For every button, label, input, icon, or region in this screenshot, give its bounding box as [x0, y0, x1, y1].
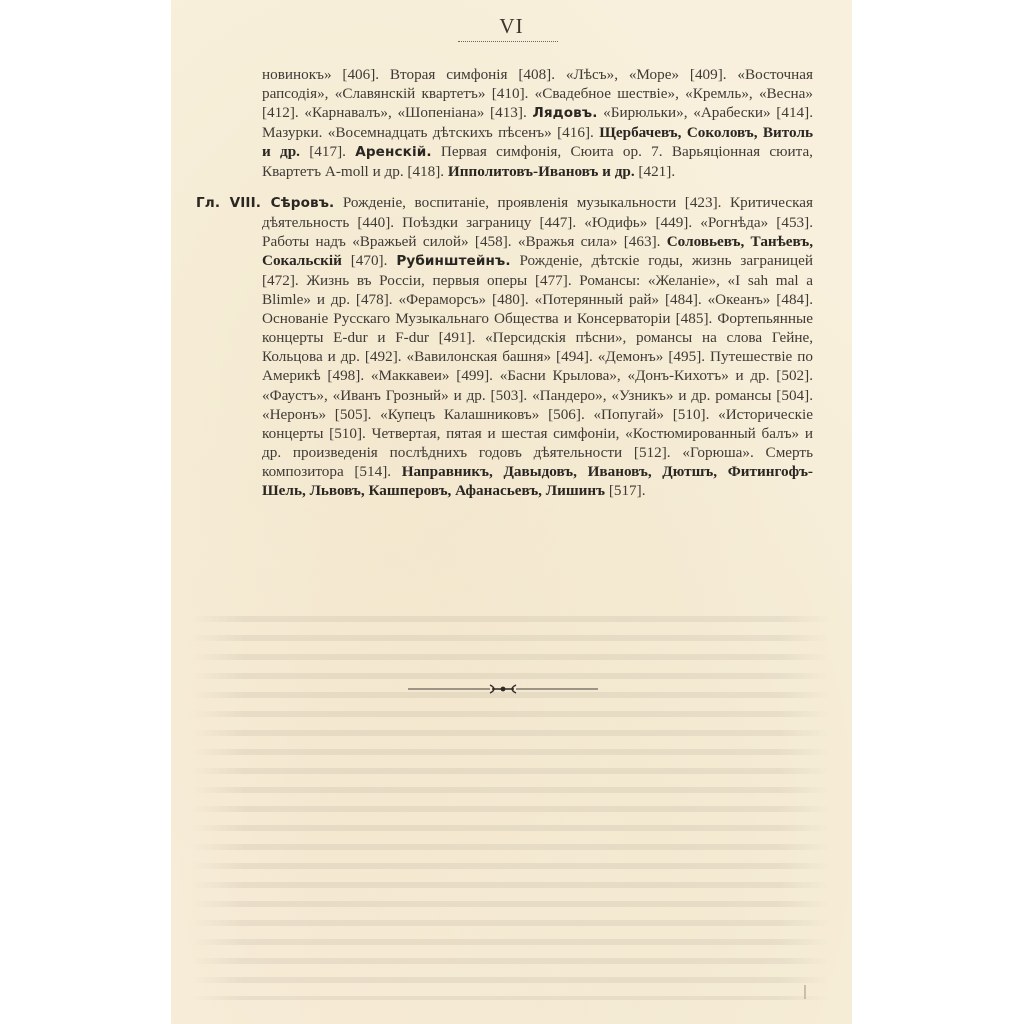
chapter-heading: Гл. VIII. Сѣровъ. [196, 195, 334, 211]
body-text: [421]. [635, 163, 676, 180]
bold-name: Лядовъ. [532, 105, 597, 121]
chapter-viii-entry: Гл. VIII. Сѣровъ. Рожденіе, воспитаніе, … [262, 193, 813, 501]
page-number-dotted-rule [458, 41, 558, 42]
body-text: [470]. [342, 252, 396, 269]
book-page: VI новинокъ» [406]. Вторая симфонія [408… [171, 0, 852, 1024]
body-text: [417]. [300, 143, 355, 160]
body-text: [517]. [605, 482, 646, 499]
body-text: Рожденіе, дѣтскіе годы, жизнь заграницей… [262, 252, 813, 480]
bold-name: Аренскій. [355, 144, 431, 160]
paper-speck [804, 985, 806, 999]
bold-name: Рубинштейнъ. [396, 253, 510, 269]
continued-paragraph: новинокъ» [406]. Вторая симфонія [408]. … [262, 65, 813, 182]
page-number: VI [171, 14, 852, 39]
chapter-body: Рожденіе, воспитаніе, проявленія музыкал… [262, 194, 813, 499]
reverse-side-bleed-through [191, 610, 831, 1000]
table-of-contents-text: новинокъ» [406]. Вторая симфонія [408]. … [262, 65, 813, 500]
bold-composer-names: Ипполитовъ-Ивановъ и др. [448, 163, 635, 180]
fleuron-divider-icon [408, 683, 598, 695]
